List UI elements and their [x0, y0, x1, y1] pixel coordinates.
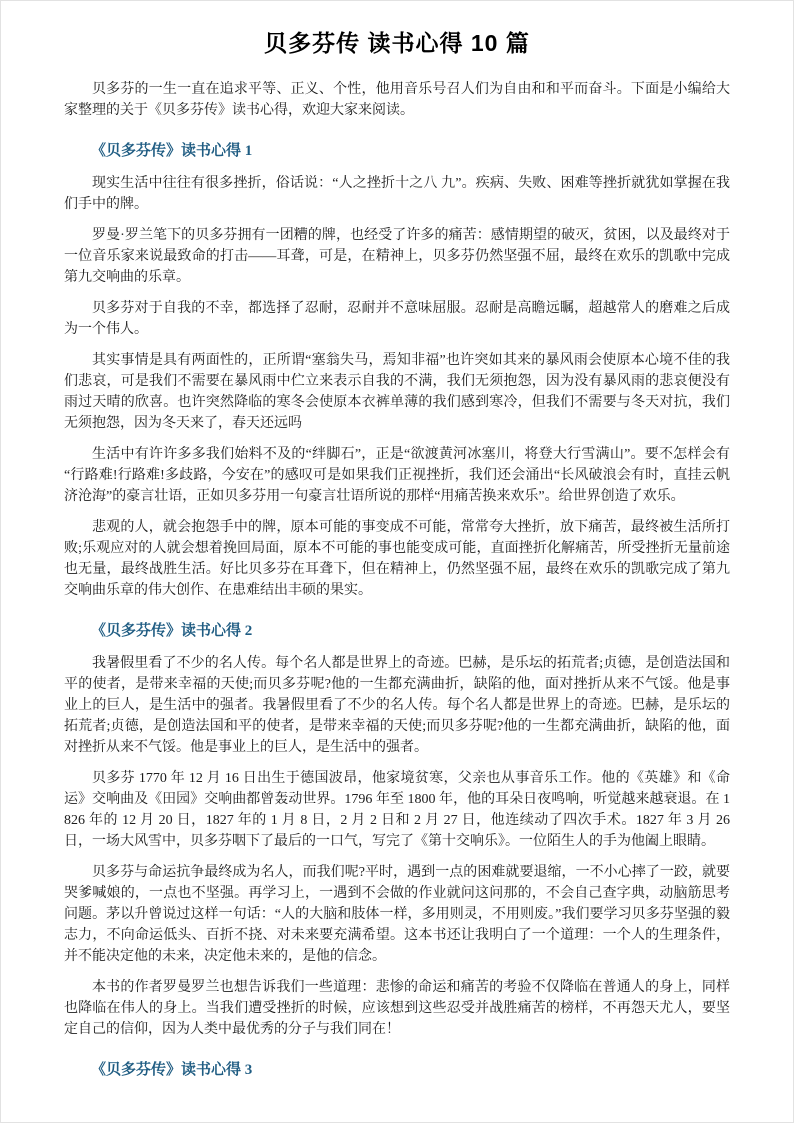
paragraph: 贝多芬与命运抗争最终成为名人，而我们呢?平时，遇到一点的困难就要退缩，一不小心摔… — [64, 862, 730, 967]
paragraph: 生活中有许许多多我们始料不及的“绊脚石”，正是“欲渡黄河冰塞川，将登大行雪满山”… — [64, 444, 730, 507]
paragraph: 我暑假里看了不少的名人传。每个名人都是世界上的奇迹。巴赫，是乐坛的拓荒者;贞德，… — [64, 653, 730, 758]
paragraph: 贝多芬 1770 年 12 月 16 日出生于德国波昂，他家境贫寒，父亲也从事音… — [64, 768, 730, 852]
document-page: 贝多芬传 读书心得 10 篇 贝多芬的一生一直在追求平等、正义、个性，他用音乐号… — [0, 0, 794, 1123]
paragraph: 本书的作者罗曼罗兰也想告诉我们一些道理：悲惨的命运和痛苦的考验不仅降临在普通人的… — [64, 977, 730, 1040]
paragraph: 贝多芬对于自我的不幸，都选择了忍耐，忍耐并不意味屈服。忍耐是高瞻远瞩，超越常人的… — [64, 298, 730, 340]
paragraph: 悲观的人，就会抱怨手中的牌，原本可能的事变成不可能，常常夸大挫折，放下痛苦，最终… — [64, 517, 730, 601]
intro-paragraph: 贝多芬的一生一直在追求平等、正义、个性，他用音乐号召人们为自由和和平而奋斗。下面… — [64, 79, 730, 121]
section-heading-2: 《贝多芬传》读书心得 2 — [64, 621, 730, 641]
section-heading-1: 《贝多芬传》读书心得 1 — [64, 141, 730, 161]
document-title: 贝多芬传 读书心得 10 篇 — [64, 27, 730, 59]
paragraph: 罗曼·罗兰笔下的贝多芬拥有一团糟的牌，也经受了许多的痛苦：感情期望的破灭，贫困，… — [64, 225, 730, 288]
paragraph: 其实事情是具有两面性的，正所谓“塞翁失马，焉知非福”也许突如其来的暴风雨会使原本… — [64, 350, 730, 434]
section-heading-3: 《贝多芬传》读书心得 3 — [64, 1060, 730, 1080]
paragraph: 现实生活中往往有很多挫折，俗话说：“人之挫折十之八 九”。疾病、失败、困难等挫折… — [64, 173, 730, 215]
